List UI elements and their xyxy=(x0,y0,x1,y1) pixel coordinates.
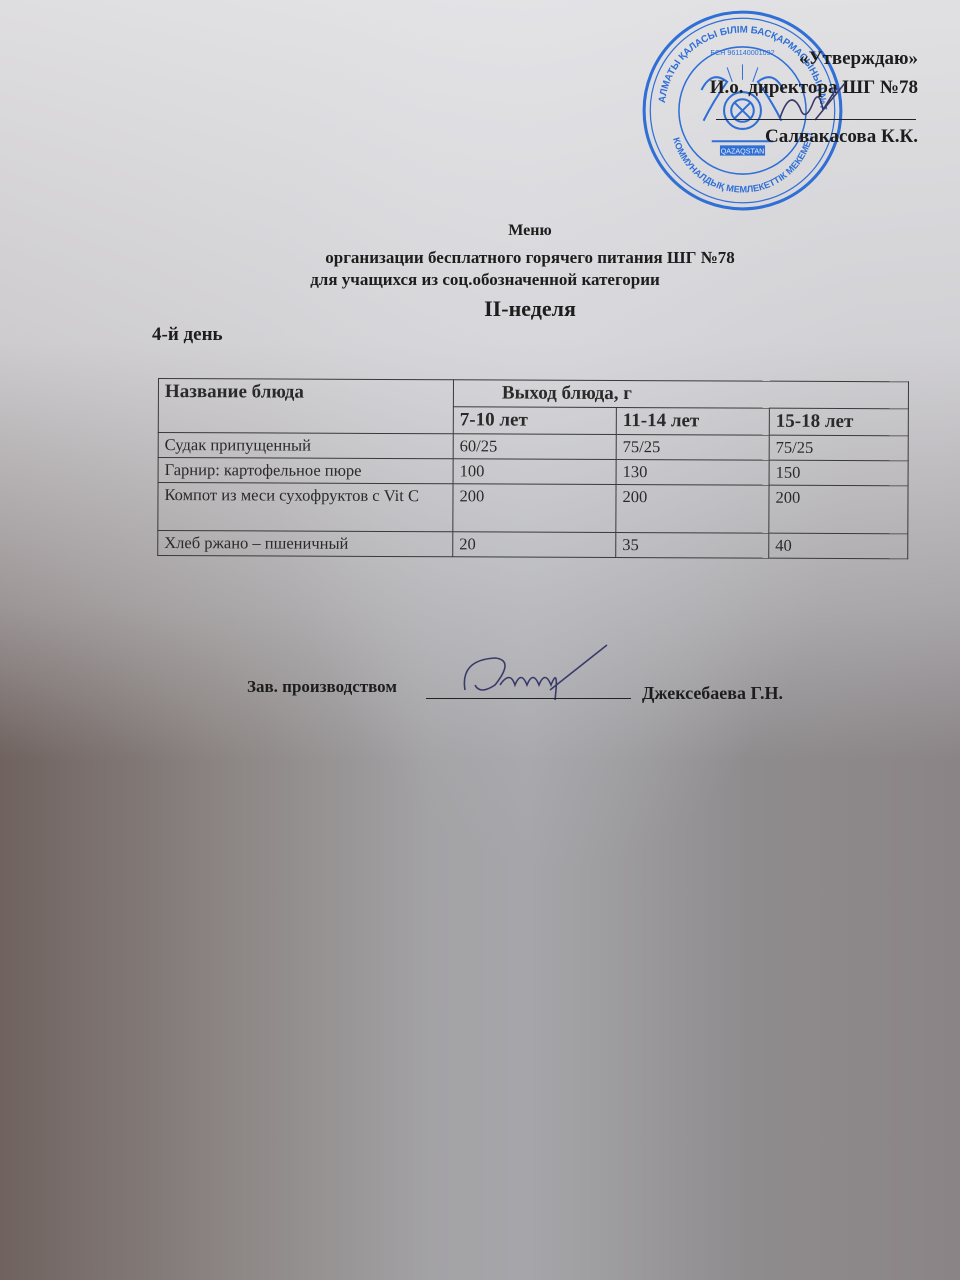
table-header-row: Название блюда Выход блюда, г xyxy=(158,379,908,409)
document-title: Меню организации бесплатного горячего пи… xyxy=(0,222,960,322)
yield-value: 35 xyxy=(616,532,769,558)
footer-signature-line xyxy=(426,698,631,699)
day-label: 4-й день xyxy=(152,324,223,346)
table-row: Компот из меси сухофруктов с Vit C 200 2… xyxy=(158,483,908,534)
yield-value: 75/25 xyxy=(616,435,769,461)
dish-name: Хлеб ржано – пшеничный xyxy=(158,531,453,557)
yield-value: 200 xyxy=(769,485,908,534)
table-row: Хлеб ржано – пшеничный 20 35 40 xyxy=(158,531,908,559)
header-dish: Название блюда xyxy=(158,379,453,434)
yield-value: 100 xyxy=(453,459,616,485)
approval-signature-line xyxy=(716,119,916,120)
yield-value: 200 xyxy=(616,484,769,533)
menu-table: Название блюда Выход блюда, г 7-10 лет 1… xyxy=(157,378,909,559)
dish-name: Компот из меси сухофруктов с Vit C xyxy=(158,483,453,532)
yield-value: 150 xyxy=(769,460,908,486)
title-category: для учащихся из соц.обозначенной категор… xyxy=(0,270,960,290)
header-age-group: 15-18 лет xyxy=(769,408,908,436)
yield-value: 40 xyxy=(769,533,908,559)
table-row: Гарнир: картофельное пюре 100 130 150 xyxy=(158,458,908,486)
yield-value: 60/25 xyxy=(453,434,616,460)
table-row: Судак припущенный 60/25 75/25 75/25 xyxy=(158,433,908,461)
yield-value: 75/25 xyxy=(769,435,908,461)
production-signature-icon xyxy=(455,640,615,710)
title-menu: Меню xyxy=(0,222,960,240)
footer-role: Зав. производством xyxy=(247,677,397,697)
footer-name: Джексебаева Г.Н. xyxy=(642,683,783,704)
dish-name: Судак припущенный xyxy=(158,433,453,459)
dish-name: Гарнир: картофельное пюре xyxy=(158,458,453,484)
director-signature-icon xyxy=(775,78,855,128)
header-age-group: 7-10 лет xyxy=(453,407,616,435)
header-age-group: 11-14 лет xyxy=(616,408,769,436)
yield-value: 20 xyxy=(453,532,616,558)
yield-value: 130 xyxy=(616,459,769,485)
title-week: II-неделя xyxy=(0,296,960,322)
header-yield: Выход блюда, г xyxy=(453,380,908,409)
approval-heading: «Утверждаю» xyxy=(710,44,918,73)
svg-text:QAZAQSTAN: QAZAQSTAN xyxy=(721,148,765,156)
title-organization: организации бесплатного горячего питания… xyxy=(0,248,960,268)
director-name: Салвакасова К.К. xyxy=(765,126,918,148)
yield-value: 200 xyxy=(453,484,616,533)
